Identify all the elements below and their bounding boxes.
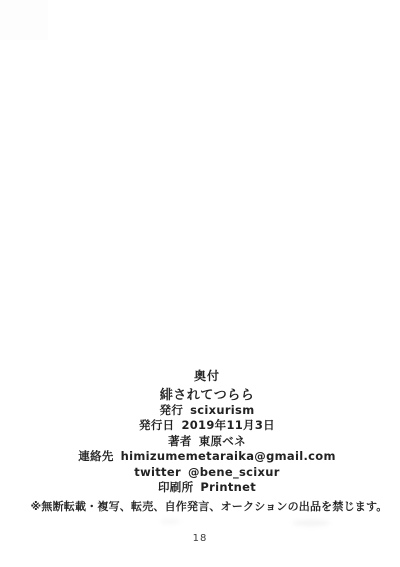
author-value: 東原ベネ	[199, 434, 246, 448]
contact-label: 連絡先	[78, 449, 113, 463]
author-row: 著者東原ベネ	[7, 434, 400, 449]
twitter-label: twitter	[134, 465, 181, 479]
printer-label: 印刷所	[158, 480, 193, 494]
publish-date-row: 発行日2019年11月3日	[7, 418, 400, 433]
colophon-heading: 奥付	[7, 369, 400, 383]
colophon-block: 奥付 緋されてつらら 発行scixurism 発行日2019年11月3日 著者東…	[7, 369, 400, 495]
author-label: 著者	[168, 434, 192, 448]
page-number: 18	[0, 533, 400, 544]
scanned-colophon-page: 奥付 緋されてつらら 発行scixurism 発行日2019年11月3日 著者東…	[0, 0, 400, 567]
publisher-row: 発行scixurism	[7, 403, 400, 418]
scan-smudge	[160, 519, 180, 524]
twitter-row: twitter@bene_scixur	[7, 465, 400, 480]
publish-date-label: 発行日	[139, 418, 174, 432]
doujin-title: 緋されてつらら	[7, 388, 400, 403]
publish-date-value: 2019年11月3日	[181, 418, 275, 432]
copyright-notice: ※無断転載・複写、転売、自作発言、オークションの出品を禁じます。	[9, 498, 400, 514]
publisher-label: 発行	[160, 403, 184, 417]
twitter-handle: @bene_scixur	[188, 465, 280, 479]
printer-value: Printnet	[200, 480, 256, 494]
scan-smudge	[292, 520, 330, 526]
scan-corner-shade	[0, 0, 48, 40]
printer-row: 印刷所Printnet	[7, 480, 400, 495]
publisher-value: scixurism	[190, 403, 254, 417]
contact-row: 連絡先himizumemetaraika@gmail.com	[7, 449, 400, 464]
contact-email: himizumemetaraika@gmail.com	[121, 449, 336, 463]
